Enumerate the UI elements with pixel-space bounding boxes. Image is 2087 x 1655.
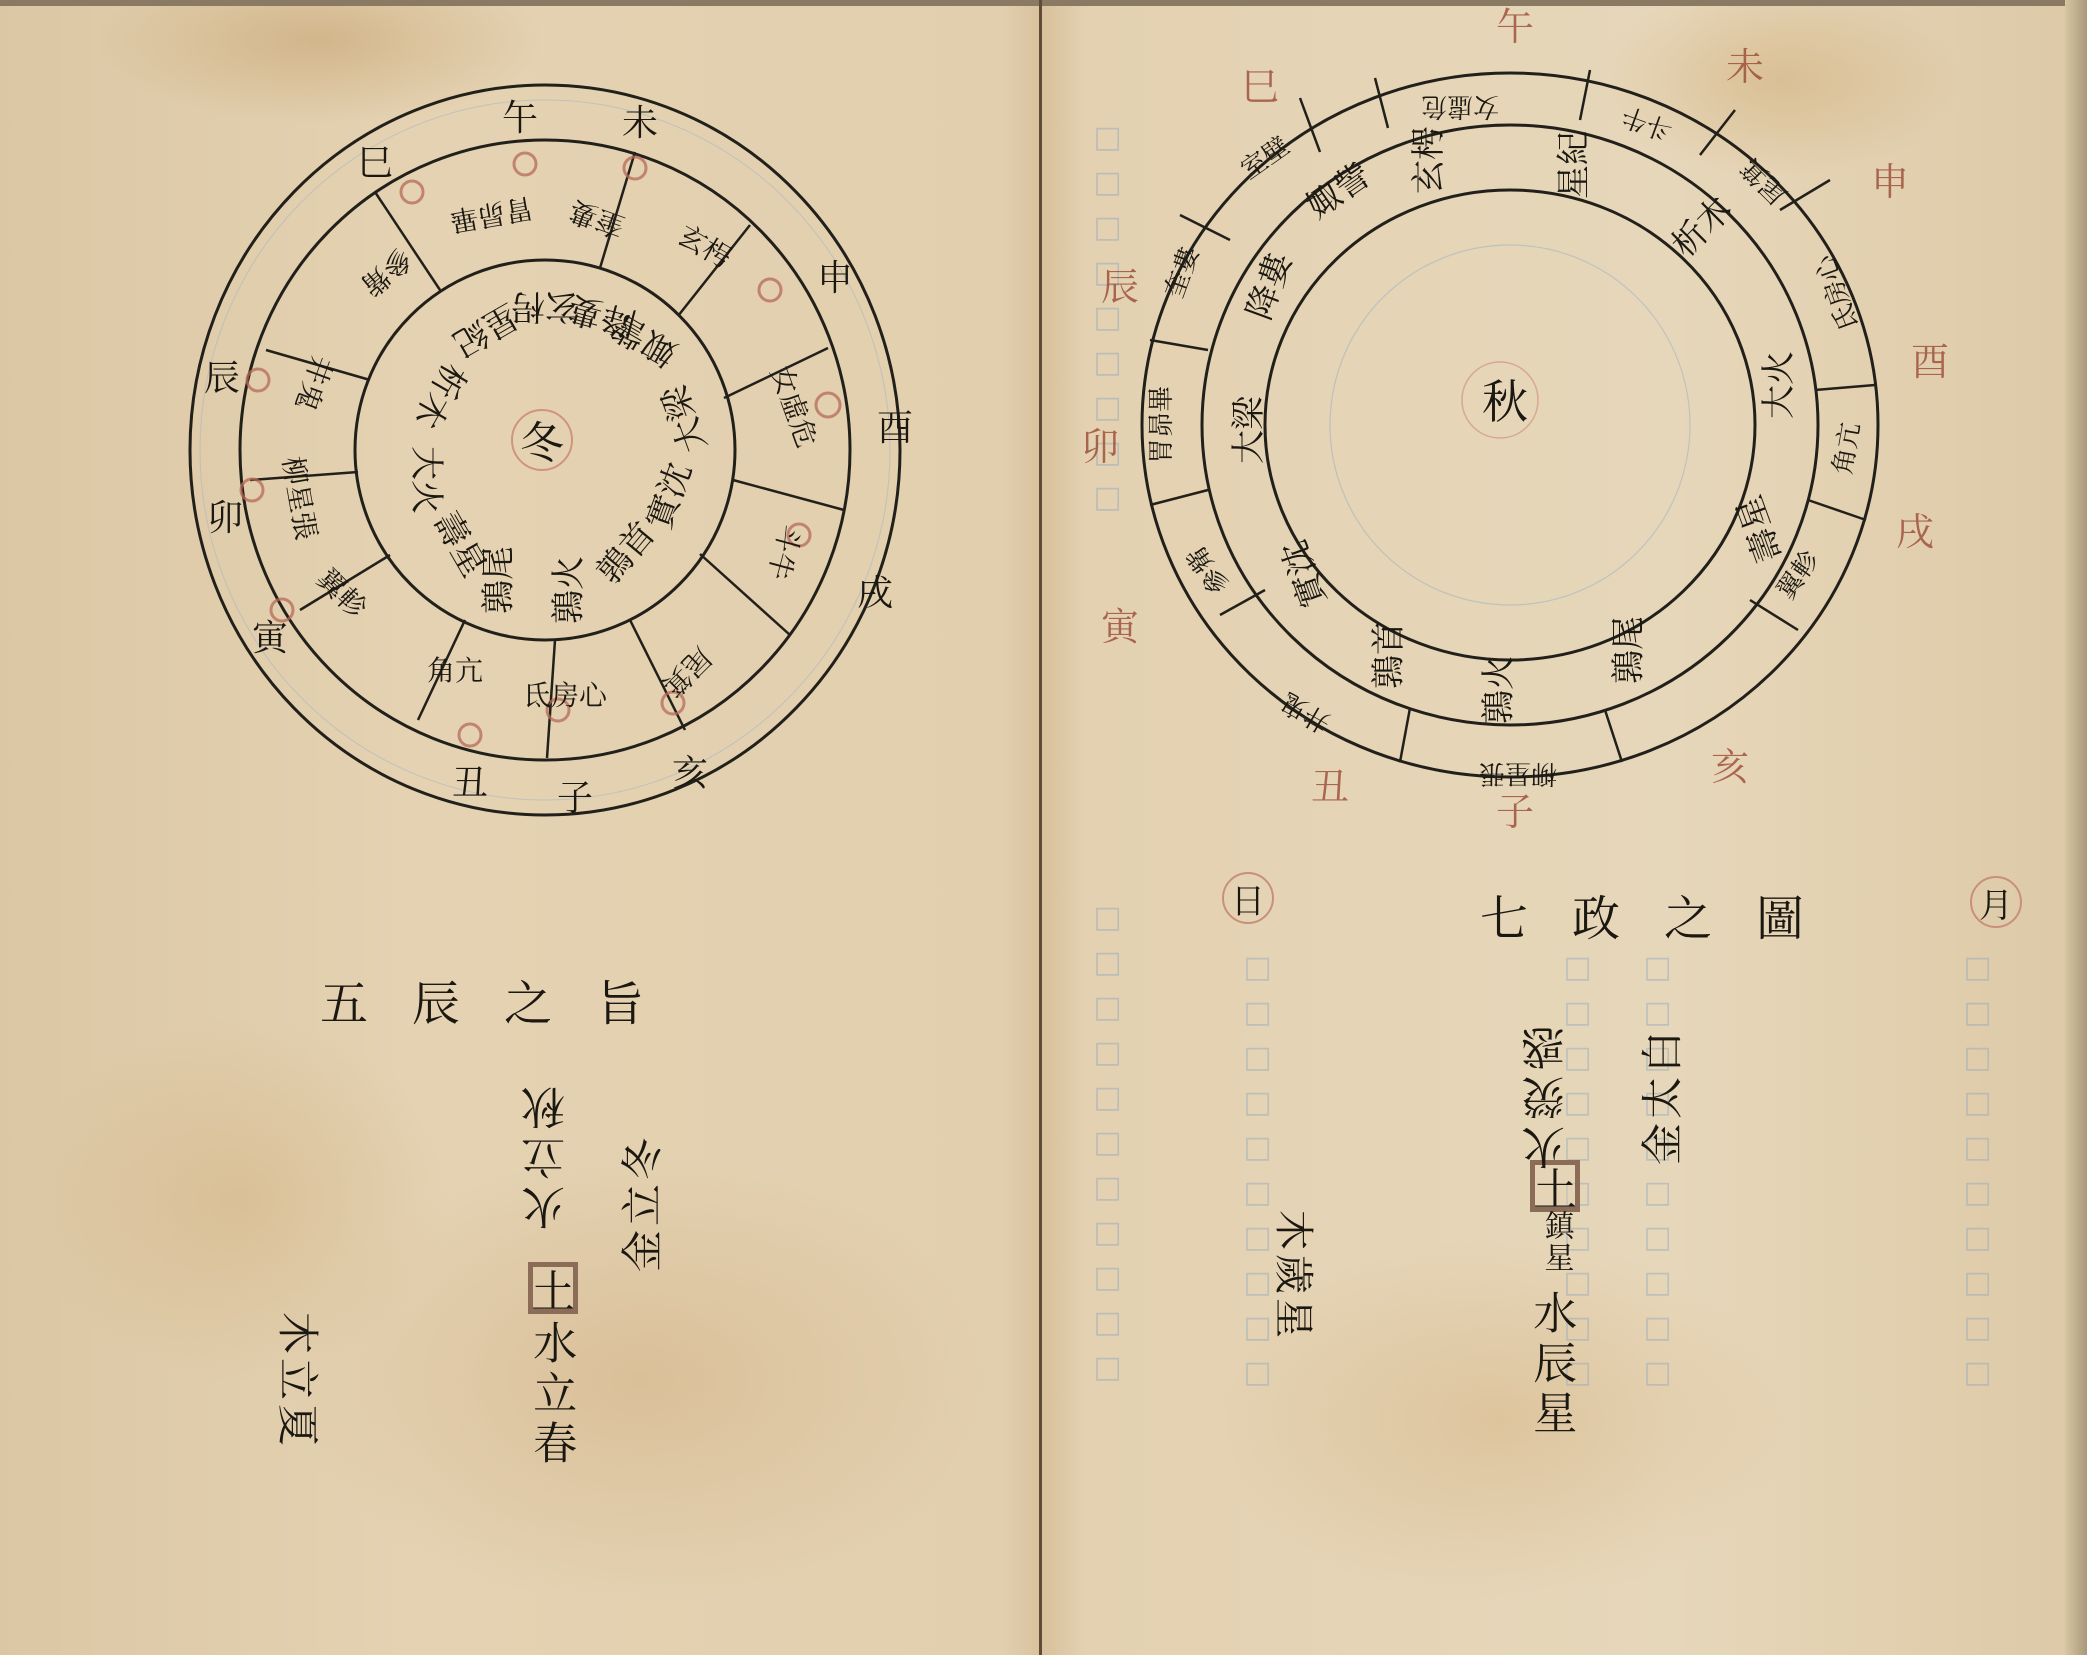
station-name: 鶉火 bbox=[1479, 656, 1519, 724]
station-name: 娵訾 bbox=[1299, 155, 1378, 227]
red-branch-label: 卯 bbox=[1081, 425, 1119, 469]
left-cross-top: 火立秋 bbox=[525, 1080, 571, 1230]
left-center-label: 冬 bbox=[520, 418, 564, 469]
right-cross-left: 木歲星 bbox=[1268, 1210, 1325, 1342]
mansion-cell: 井鬼 bbox=[289, 351, 339, 415]
station-name: 星紀 bbox=[1554, 131, 1594, 199]
branch-label: 辰 bbox=[204, 358, 240, 399]
left-zodiac-diagram: 冬 申 酉 戌 亥 子 丑 寅 卯 辰 巳 午 未 玄枵 女虛危 斗牛 bbox=[180, 80, 920, 840]
bleed-through-text: □□□□□□□□□□ bbox=[1960, 950, 1995, 1510]
right-zodiac-diagram: 秋 女虛危 斗牛 尾箕 氐房心 角亢 翼軫 柳星張 井鬼 參觜 胃昴畢 奎婁 室… bbox=[1130, 40, 1930, 820]
left-page-title: 五辰之旨 bbox=[320, 965, 688, 1034]
branch-label: 卯 bbox=[207, 498, 243, 539]
mansion-cell: 角亢 bbox=[427, 654, 483, 687]
left-cross-bottom: 水立春 bbox=[527, 1320, 573, 1470]
mansion-cell: 尾箕 bbox=[1735, 152, 1793, 210]
right-cross-center-note: 鎮星 bbox=[1540, 1210, 1572, 1274]
sun-mark: 日 bbox=[1222, 872, 1274, 924]
station-name: 鶉首 bbox=[1369, 621, 1409, 689]
left-cross-left: 木立夏 bbox=[270, 1312, 330, 1450]
right-cross-top: 火熒惑 bbox=[1525, 1020, 1571, 1170]
branch-label: 丑 bbox=[452, 763, 488, 804]
left-cross-center: 土 bbox=[528, 1262, 578, 1314]
right-diagram-svg: 秋 女虛危 斗牛 尾箕 氐房心 角亢 翼軫 柳星張 井鬼 參觜 胃昴畢 奎婁 室… bbox=[1130, 40, 1930, 820]
mansion-cell: 玄枵 bbox=[672, 218, 737, 275]
branch-label: 午 bbox=[502, 98, 538, 139]
right-page-title: 七政之圖 bbox=[1480, 880, 1848, 949]
red-branch-label: 未 bbox=[1726, 45, 1764, 89]
station-name: 大梁 bbox=[1229, 394, 1269, 464]
mansion-cell: 女虛危 bbox=[1421, 91, 1499, 121]
right-center-label: 秋 bbox=[1482, 375, 1528, 429]
station-name: 大火 bbox=[1759, 351, 1799, 419]
left-cross-right: 金立冬 bbox=[610, 1134, 670, 1272]
branch-label: 亥 bbox=[672, 753, 708, 794]
branch-label: 戌 bbox=[857, 573, 893, 614]
red-branch-label: 午 bbox=[1496, 5, 1534, 49]
station-name: 壽星 bbox=[1729, 490, 1790, 568]
red-branch-label: 戌 bbox=[1896, 510, 1934, 554]
bleed-through-text: □□□□□□□□□ bbox=[1090, 120, 1125, 640]
red-branch-label: 巳 bbox=[1241, 65, 1279, 109]
page-top-edge bbox=[0, 0, 2087, 6]
branch-label: 巳 bbox=[357, 143, 393, 184]
mansion-cell: 室壁 bbox=[1236, 131, 1296, 185]
mansion-cell: 氐房心 bbox=[523, 679, 608, 712]
branch-label: 酉 bbox=[877, 408, 913, 449]
station-name: 鶉尾 bbox=[1609, 616, 1649, 684]
red-branch-label: 寅 bbox=[1101, 605, 1141, 649]
mansion-cell: 參觜 bbox=[1181, 540, 1235, 600]
mansion-cell: 參觜 bbox=[354, 242, 418, 303]
right-cross-bottom: 水辰星 bbox=[1527, 1290, 1573, 1440]
station-name: 大梁 bbox=[654, 378, 716, 457]
station-name: 鶉火 bbox=[549, 556, 589, 624]
station-name: 析木 bbox=[405, 356, 474, 435]
station-name: 玄枵 bbox=[1409, 126, 1449, 194]
left-diagram-svg: 冬 申 酉 戌 亥 子 丑 寅 卯 辰 巳 午 未 玄枵 女虛危 斗牛 bbox=[180, 80, 920, 840]
branch-label: 子 bbox=[557, 778, 593, 819]
mansion-cell: 胃昴畢 bbox=[1147, 386, 1177, 464]
moon-mark: 月 bbox=[1970, 876, 2022, 928]
red-branch-label: 酉 bbox=[1911, 340, 1949, 384]
page-right-edge bbox=[2065, 0, 2087, 1655]
branch-label: 申 bbox=[817, 258, 853, 299]
branch-label: 寅 bbox=[252, 618, 290, 659]
red-branch-label: 辰 bbox=[1101, 265, 1139, 309]
station-name: 實沈 bbox=[1274, 535, 1335, 613]
mansion-cell: 胃昴畢 bbox=[447, 191, 535, 238]
red-branch-label: 丑 bbox=[1311, 765, 1349, 809]
station-name: 大火 bbox=[406, 446, 446, 514]
mansion-cell: 氐房心 bbox=[1810, 250, 1865, 334]
station-name: 析木 bbox=[1664, 189, 1740, 265]
mansion-cell: 角亢 bbox=[1828, 420, 1867, 476]
mansion-cell: 奎婁 bbox=[1159, 243, 1205, 302]
red-branch-label: 亥 bbox=[1711, 745, 1749, 789]
red-branch-label: 子 bbox=[1496, 790, 1534, 834]
station-name: 降婁 bbox=[1239, 247, 1300, 325]
mansion-cell: 柳星張 bbox=[1479, 758, 1557, 788]
branch-label: 未 bbox=[622, 103, 658, 144]
book-spine bbox=[1039, 0, 1042, 1655]
book-spread: □□□□□□□□□ □□□□□□□□□□□ □□□□□□□□□□ □□□□□□□… bbox=[0, 0, 2087, 1655]
red-branch-label: 申 bbox=[1871, 160, 1909, 204]
mansion-cell: 斗牛 bbox=[761, 521, 807, 584]
bleed-through-text: □□□□□□□□□□□ bbox=[1090, 900, 1125, 1500]
station-name: 實沈 bbox=[639, 457, 700, 535]
station-name: 降婁 bbox=[564, 288, 640, 344]
mansion-cell: 柳星張 bbox=[276, 454, 323, 542]
right-cross-right: 金太白 bbox=[1630, 1027, 1690, 1165]
